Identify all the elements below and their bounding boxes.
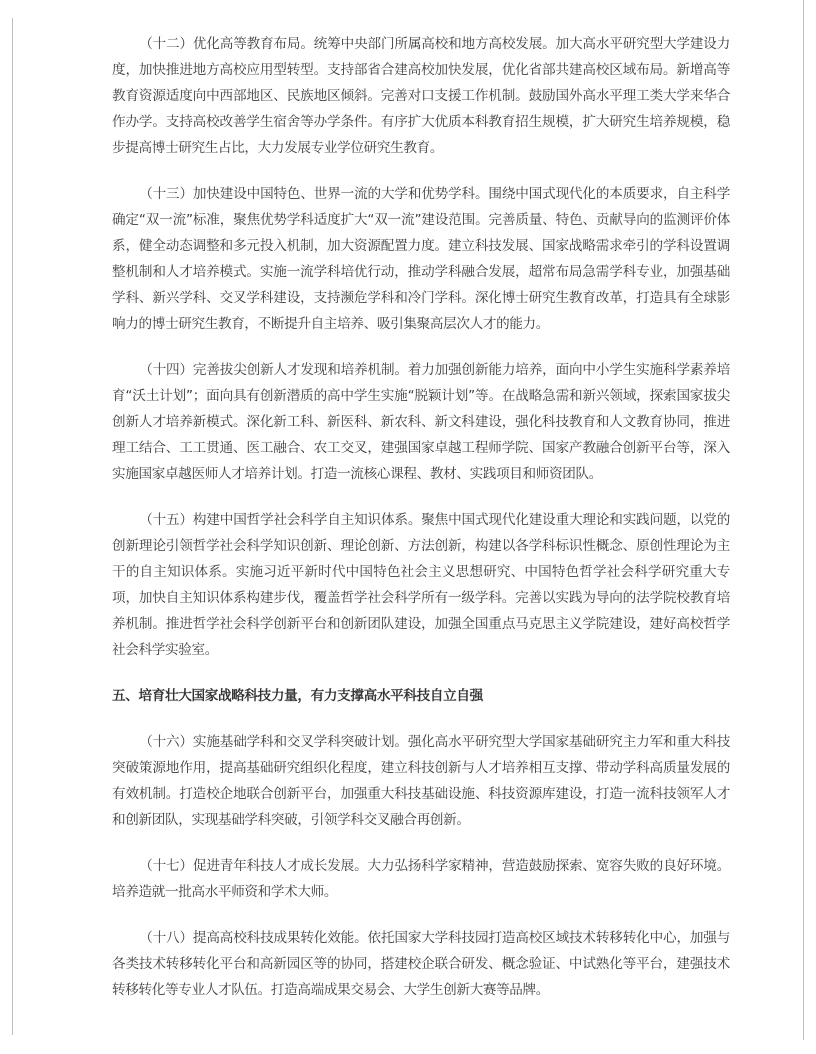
paragraph-17: （十七）促进青年科技人才成长发展。大力弘扬科学家精神，营造鼓励探索、宽容失败的良… [112,853,730,905]
paragraph-18: （十八）提高高校科技成果转化效能。依托国家大学科技园打造高校区域技术转移转化中心… [112,925,730,1003]
paragraph-12: （十二）优化高等教育布局。统筹中央部门所属高校和地方高校发展。加大高水平研究型大… [112,31,730,161]
section-heading-5: 五、培育壮大国家战略科技力量，有力支撑高水平科技自立自强 [112,683,730,709]
paragraph-13: （十三）加快建设中国特色、世界一流的大学和优势学科。围绕中国式现代化的本质要求，… [112,181,730,337]
page-left-border [12,18,13,1035]
page-right-border [803,0,804,1040]
paragraph-15: （十五）构建中国哲学社会科学自主知识体系。聚焦中国式现代化建设重大理论和实践问题… [112,507,730,663]
paragraph-16: （十六）实施基础学科和交叉学科突破计划。强化高水平研究型大学国家基础研究主力军和… [112,729,730,833]
paragraph-14: （十四）完善拔尖创新人才发现和培养机制。着力加强创新能力培养，面向中小学生实施科… [112,357,730,487]
document-body: （十二）优化高等教育布局。统筹中央部门所属高校和地方高校发展。加大高水平研究型大… [112,31,730,1023]
